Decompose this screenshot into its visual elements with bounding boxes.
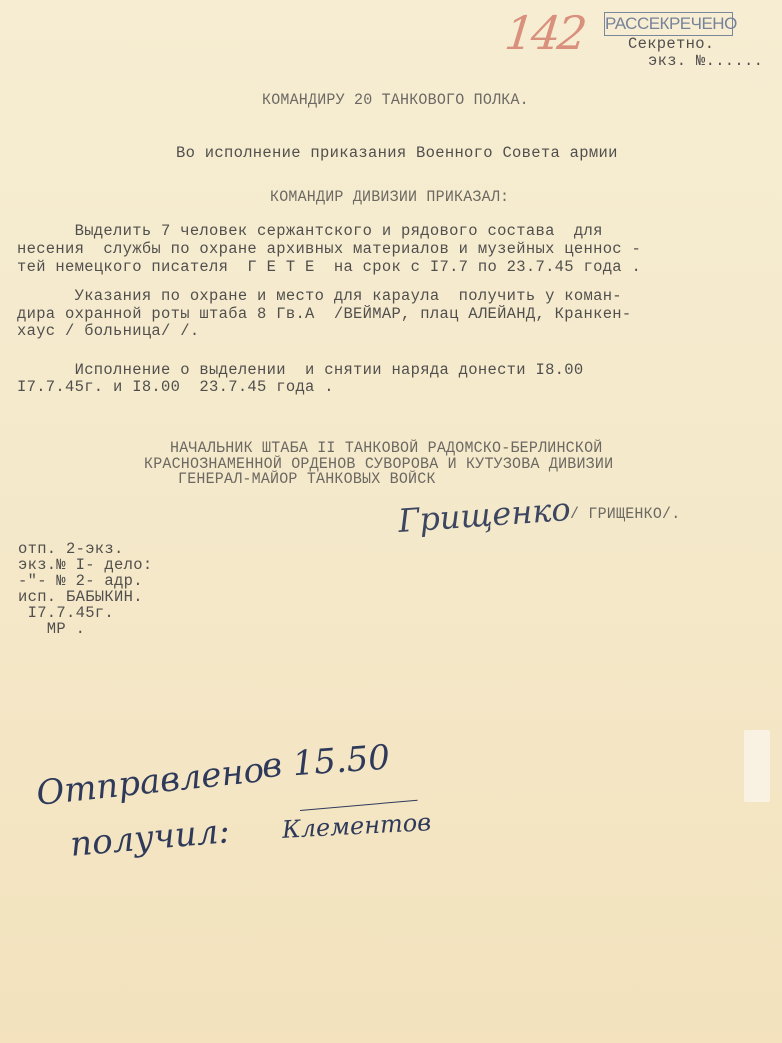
- paragraph-line: хаус / больница/ /.: [17, 322, 199, 340]
- paragraph-line: Выделить 7 человек сержантского и рядово…: [17, 222, 603, 240]
- addressee: КОМАНДИРУ 20 ТАНКОВОГО ПОЛКА.: [262, 92, 529, 110]
- archive-page-number: 142: [502, 6, 586, 60]
- paragraph-line: тей немецкого писателя Г Е Т Е на срок с…: [17, 258, 641, 276]
- handwritten-signature: Грищенко: [397, 490, 572, 540]
- paragraph-line: несения службы по охране архивных матери…: [17, 240, 641, 258]
- preamble: Во исполнение приказания Военного Совета…: [176, 144, 618, 162]
- paragraph-line: дира охранной роты штаба 8 Гв.А /ВЕЙМАР,…: [17, 305, 632, 323]
- paragraph-line: Исполнение о выделении и снятии наряда д…: [17, 361, 584, 379]
- signatory-title-line: ГЕНЕРАЛ-МАЙОР ТАНКОВЫХ ВОЙСК: [178, 471, 436, 489]
- typed-signatory-name: / ГРИЩЕНКО/.: [570, 506, 680, 524]
- received-note: получил:: [69, 811, 232, 865]
- declassified-stamp: РАССЕКРЕЧЕНО: [604, 12, 733, 36]
- sent-note: Отправлено: [35, 750, 266, 814]
- received-signature: Клементов: [281, 808, 431, 844]
- paragraph-line: Указания по охране и место для караула п…: [17, 287, 622, 305]
- paper-blemish: [744, 730, 770, 802]
- copy-number: экз. №......: [648, 52, 763, 70]
- document-page: 142 РАССЕКРЕЧЕНО Секретно. экз. №...... …: [0, 0, 782, 1043]
- order-heading: КОМАНДИР ДИВИЗИИ ПРИКАЗАЛ:: [270, 189, 509, 207]
- sent-time: в 15.50: [261, 738, 391, 787]
- distribution-line: МР .: [18, 620, 85, 638]
- paragraph-line: I7.7.45г. и I8.00 23.7.45 года .: [17, 378, 334, 396]
- secrecy-label: Секретно.: [628, 35, 714, 53]
